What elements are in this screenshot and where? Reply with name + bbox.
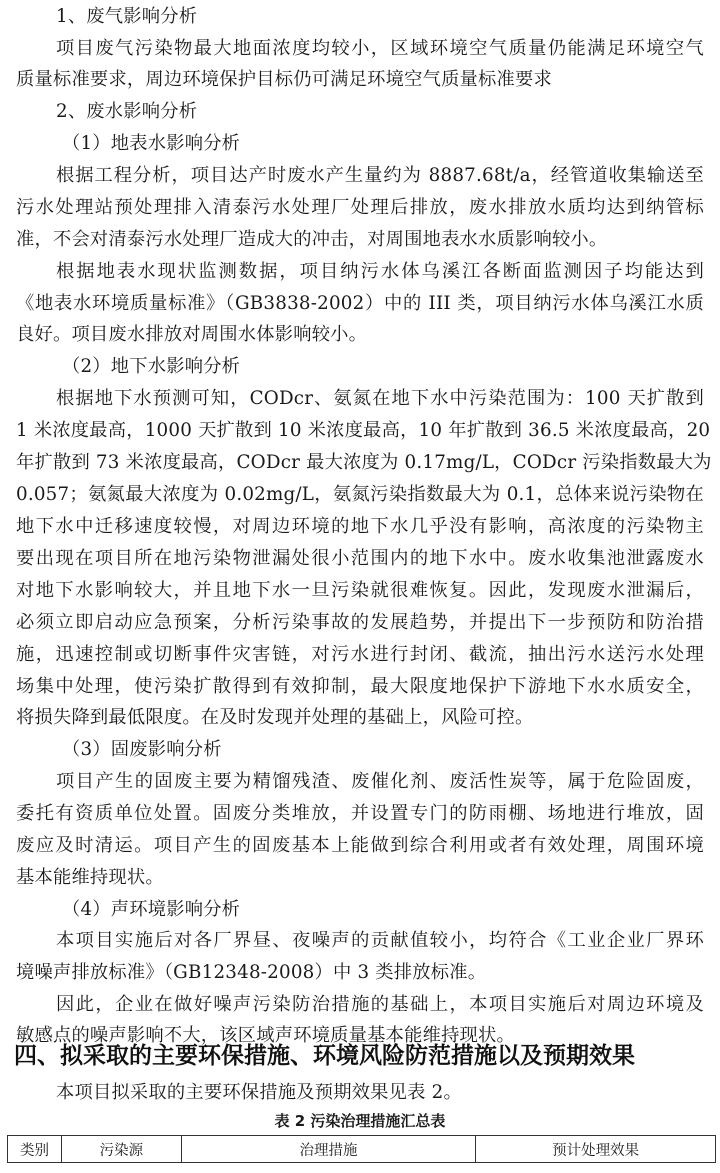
paragraph-line: 基本能维持现状。 — [16, 863, 164, 893]
heading-groundwater: （2）地下水影响分析 — [62, 352, 240, 382]
paragraph-line: 良好。项目废水排放对周围水体影响较小。 — [16, 320, 367, 350]
paragraph-line: 污水处理站预处理排入清泰污水处理厂处理后排放，废水排放水质均达到纳管标 — [16, 193, 704, 223]
paragraph-line: 《地表水环境质量标准》（GB3838-2002）中的 III 类，项目纳污水体乌… — [16, 289, 704, 319]
paragraph-line: 施，迅速控制或切断事件灾害链，对污水进行封闭、截流，抽出污水送污水处理 — [16, 640, 704, 670]
paragraph-line: 委托有资质单位处置。固废分类堆放，并设置专门的防雨棚、场地进行堆放，固 — [16, 799, 704, 829]
table-caption: 表 2 污染治理措施汇总表 — [0, 1110, 720, 1132]
chapter-intro: 本项目拟采取的主要环保措施及预期效果见表 2。 — [56, 1078, 462, 1108]
paragraph-line: 1 米浓度最高，1000 天扩散到 10 米浓度最高，10 年扩散到 36.5 … — [16, 416, 704, 446]
paragraph-line: 根据地表水现状监测数据，项目纳污水体乌溪江各断面监测因子均能达到 — [56, 257, 704, 287]
paragraph-line: 要出现在项目所在地污染物泄漏处很小范围内的地下水中。废水收集池泄露废水 — [16, 544, 704, 574]
column-header-category: 类别 — [8, 1136, 62, 1163]
paragraph-line: 废应及时清运。项目产生的固废基本上能做到综合利用或者有效处理，周围环境 — [16, 831, 704, 861]
paragraph-line: 根据工程分析，项目达产时废水产生量约为 8887.68t/a，经管道收集输送至 — [56, 161, 704, 191]
paragraph-line: 地下水中迁移速度较慢，对周边环境的地下水几乎没有影响，高浓度的污染物主 — [16, 512, 704, 542]
paragraph-line: 年扩散到 73 米浓度最高，CODcr 最大浓度为 0.17mg/L，CODcr… — [16, 448, 704, 478]
paragraph-line: 对地下水影响较大，并且地下水一旦污染就很难恢复。因此，发现废水泄漏后， — [16, 576, 704, 606]
paragraph-line: 质量标准要求，周边环境保护目标仍可满足环境空气质量标准要求 — [16, 65, 552, 95]
paragraph-line: 本项目实施后对各厂界昼、夜噪声的贡献值较小，均符合《工业企业厂界环 — [56, 926, 704, 956]
paragraph-line: 必须立即启动应急预案，分析污染事故的发展趋势，并提出下一步预防和防治措 — [16, 608, 704, 638]
column-header-source: 污染源 — [61, 1136, 181, 1163]
paragraph-line: 0.057；氨氮最大浓度为 0.02mg/L，氨氮污染指数最大为 0.1，总体来… — [16, 480, 704, 510]
paragraph-line: 项目产生的固废主要为精馏残渣、废催化剂、废活性炭等，属于危险固废， — [56, 767, 704, 797]
column-header-measures: 治理措施 — [181, 1136, 476, 1163]
heading-solid-waste: （3）固废影响分析 — [62, 735, 222, 765]
paragraph-line: 境噪声排放标准》（GB12348-2008）中 3 类排放标准。 — [16, 958, 486, 988]
pollution-control-table: 类别 污染源 治理措施 预计处理效果 — [7, 1135, 716, 1163]
paragraph-line: 准，不会对清泰污水处理厂造成大的冲击，对周围地表水水质影响较小。 — [16, 225, 607, 255]
heading-surface-water: （1）地表水影响分析 — [62, 129, 240, 159]
chapter-heading: 四、拟采取的主要环保措施、环境风险防范措施以及预期效果 — [14, 1038, 635, 1074]
paragraph-line: 因此，企业在做好噪声污染防治措施的基础上，本项目实施后对周边环境及 — [56, 990, 704, 1020]
column-header-expected-effect: 预计处理效果 — [476, 1136, 716, 1163]
heading-water-impact: 2、废水影响分析 — [56, 97, 197, 127]
paragraph-line: 根据地下水预测可知，CODcr、氨氮在地下水中污染范围为：100 天扩散到 — [56, 384, 704, 414]
paragraph-line: 将损失降到最低限度。在及时发现并处理的基础上，风险可控。 — [16, 703, 533, 733]
heading-noise: （4）声环境影响分析 — [62, 895, 240, 925]
paragraph-line: 场集中处理，使污染扩散得到有效抑制，最大限度地保护下游地下水水质安全， — [16, 672, 704, 702]
heading-air-impact: 1、废气影响分析 — [56, 2, 197, 32]
paragraph-line: 项目废气污染物最大地面浓度均较小，区域环境空气质量仍能满足环境空气 — [56, 34, 704, 64]
table-header-row: 类别 污染源 治理措施 预计处理效果 — [8, 1136, 716, 1163]
